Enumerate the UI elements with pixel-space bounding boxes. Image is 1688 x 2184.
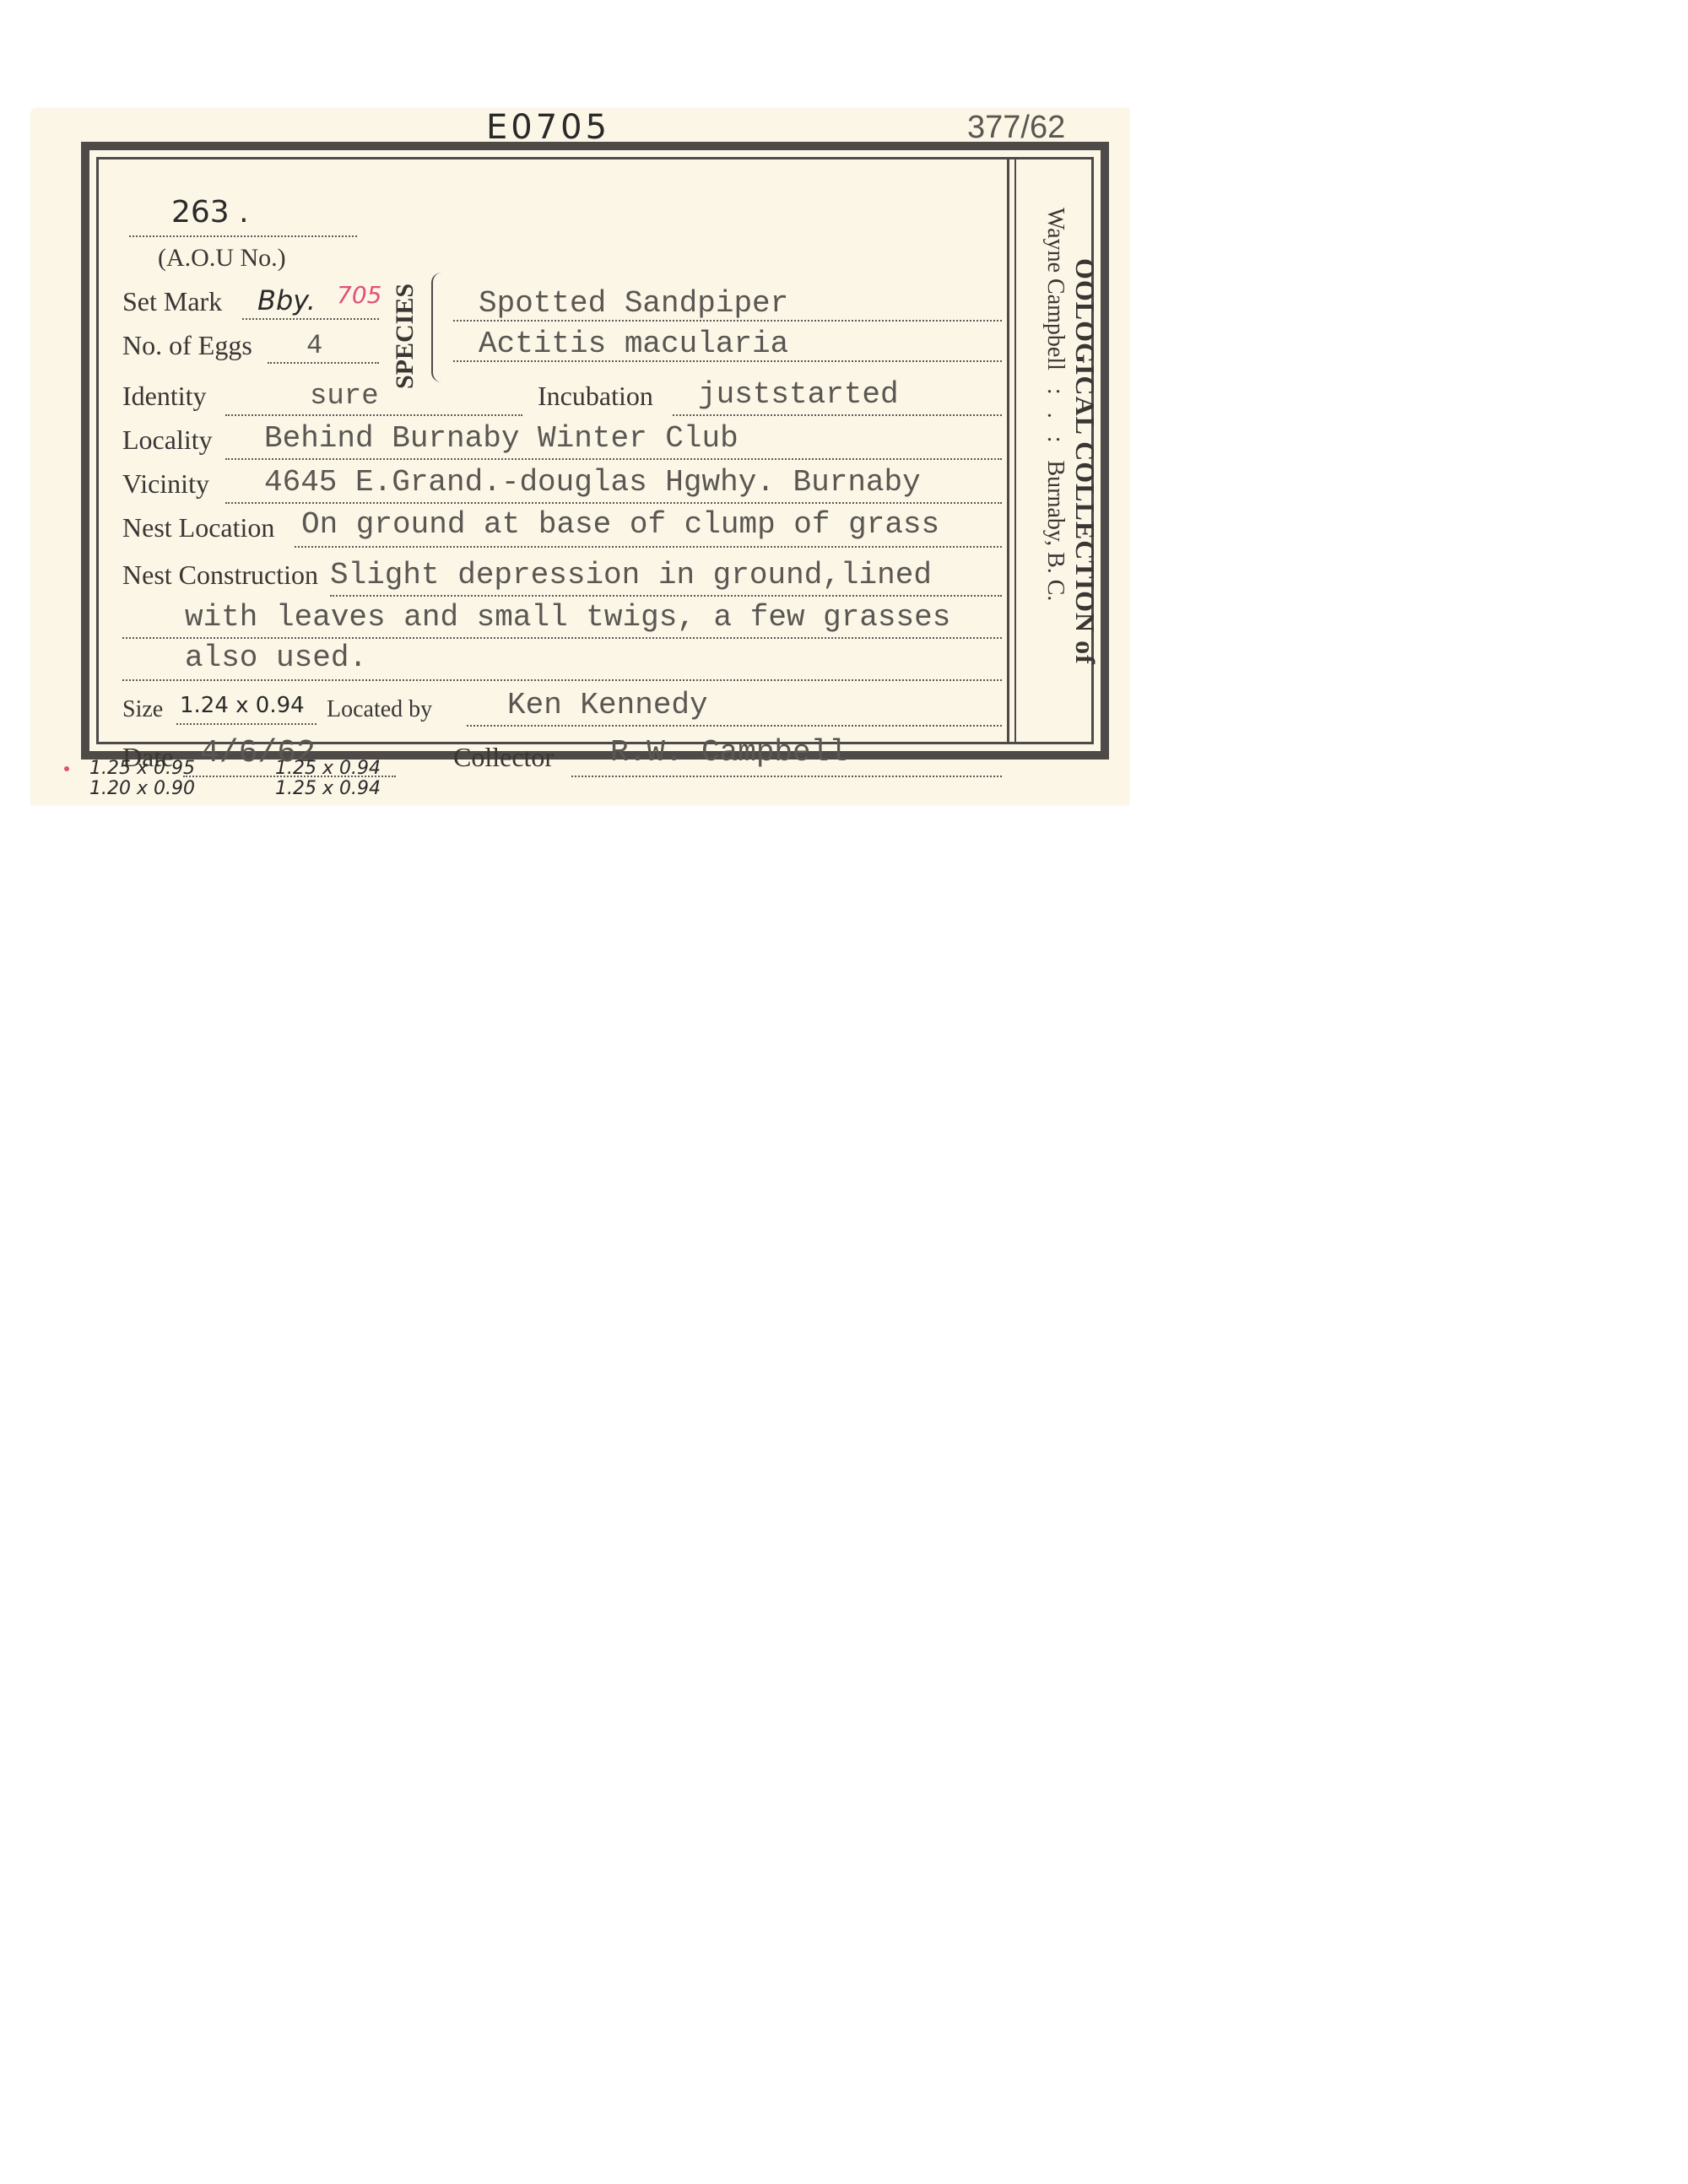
- eggs-value: 4: [306, 330, 322, 361]
- located-by-line: Ken Kennedy: [467, 691, 1002, 727]
- eggs-line: 4: [268, 328, 379, 364]
- identity-line: sure: [225, 381, 522, 416]
- collector-label: Collector: [453, 742, 554, 773]
- incubation-value: juststarted: [698, 377, 899, 412]
- nest-location-value: On ground at base of clump of grass: [301, 507, 939, 542]
- nest-construction-text-2: with leaves and small twigs, a few grass…: [185, 600, 950, 635]
- nest-construction-label: Nest Construction: [122, 560, 318, 591]
- vicinity-label: Vicinity: [122, 468, 209, 500]
- identity-value: sure: [310, 381, 379, 413]
- set-mark-label: Set Mark: [122, 286, 222, 317]
- locality-label: Locality: [122, 424, 213, 456]
- nest-location-line: On ground at base of clump of grass: [295, 511, 1002, 548]
- locality-line: Behind Burnaby Winter Club: [225, 423, 1002, 460]
- record-number: 377/62: [967, 110, 1065, 146]
- vicinity-value: 4645 E.Grand.-douglas Hgwhy. Burnaby: [264, 465, 921, 500]
- collection-sidebar: OOLOGICAL COLLECTION of Wayne Campbell :…: [1026, 174, 1102, 748]
- set-mark-annotation: 705: [337, 281, 381, 309]
- aou-number-line: 263 .: [129, 193, 357, 237]
- nest-construction-line-2: with leaves and small twigs, a few grass…: [122, 602, 1002, 639]
- set-mark-value: Bby.: [257, 284, 316, 316]
- incubation-label: Incubation: [538, 381, 653, 412]
- incubation-line: juststarted: [673, 381, 1002, 416]
- eggs-label: No. of Eggs: [122, 330, 252, 361]
- set-mark-line: Bby. 705: [242, 284, 379, 320]
- oological-data-card: E0705 377/62 263 . (A.O.U No.) Set Mark …: [30, 108, 1129, 805]
- collector-value: R.W. Campbell: [610, 735, 847, 770]
- located-by-value: Ken Kennedy: [507, 688, 708, 722]
- card-border-frame: 263 . (A.O.U No.) Set Mark Bby. 705 No. …: [81, 142, 1109, 760]
- aou-number-label: (A.O.U No.): [158, 244, 286, 273]
- red-dot-marker: [64, 766, 69, 771]
- vicinity-line: 4645 E.Grand.-douglas Hgwhy. Burnaby: [225, 467, 1002, 504]
- nest-construction-text-3: also used.: [185, 641, 367, 675]
- aou-number: 263 .: [171, 195, 249, 230]
- located-by-label: Located by: [327, 696, 432, 723]
- size-label: Size: [122, 696, 163, 723]
- nest-construction-line-1: Slight depression in ground,lined: [330, 560, 1002, 597]
- collection-subtitle: Wayne Campbell : . : Burnaby, B. C.: [1041, 208, 1069, 601]
- measurement-2: 1.25 x 0.94: [275, 758, 381, 779]
- species-scientific-line: Actitis macularia: [453, 325, 1002, 362]
- measurement-3: 1.20 x 0.90: [89, 778, 195, 799]
- nest-construction-text-1: Slight depression in ground,lined: [330, 558, 932, 592]
- identity-label: Identity: [122, 381, 207, 412]
- measurement-4: 1.25 x 0.94: [275, 778, 381, 799]
- species-common-line: Spotted Sandpiper: [453, 284, 1002, 322]
- species-common-name: Spotted Sandpiper: [479, 286, 788, 321]
- nest-location-label: Nest Location: [122, 512, 274, 543]
- locality-value: Behind Burnaby Winter Club: [264, 421, 738, 456]
- nest-construction-line-3: also used.: [122, 644, 1002, 681]
- species-label: SPECIES: [391, 284, 425, 386]
- sidebar-divider: [1007, 159, 1016, 742]
- collector-line: R.W. Campbell: [571, 740, 1002, 777]
- size-line: 1.24 x 0.94: [176, 691, 316, 725]
- card-inner-border: 263 . (A.O.U No.) Set Mark Bby. 705 No. …: [96, 157, 1094, 744]
- collection-title: OOLOGICAL COLLECTION of: [1069, 258, 1101, 665]
- species-scientific-name: Actitis macularia: [479, 327, 788, 361]
- measurement-1: 1.25 x 0.95: [89, 758, 195, 779]
- species-brace: [431, 273, 445, 382]
- size-value: 1.24 x 0.94: [180, 693, 305, 718]
